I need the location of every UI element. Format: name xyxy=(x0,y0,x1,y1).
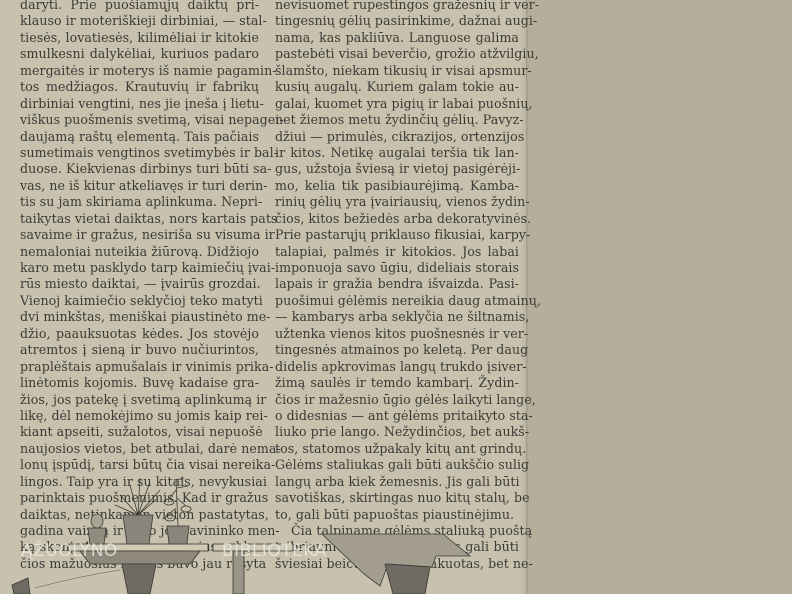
text-line: talapiai, palmės ir kitokios. Jos labai xyxy=(275,244,519,260)
text-line: viškus puošmenis svetimą, visai nepagei- xyxy=(20,112,259,128)
text-line: pastebėti visai beverčio, grožio atžvilg… xyxy=(275,46,519,62)
text-line: tos medžiagos. Krautuvių ir fabrikų xyxy=(20,79,259,95)
text-line: taikytas vietai daiktas, nors kartais pa… xyxy=(20,211,259,227)
text-line: džio, paauksuotas kėdes. Jos stovėjo xyxy=(20,326,259,342)
text-line: smulkesni dalykėliai, kuriuos padaro xyxy=(20,46,259,62)
text-line: lapais ir gražia bendra išvaizda. Pasi- xyxy=(275,276,519,292)
text-line: tiesės, lovatiesės, kilimėliai ir kitoki… xyxy=(20,30,259,46)
text-line: Prie pastarųjų priklauso fikusiai, karpy… xyxy=(275,227,519,243)
text-line: mo, kelia tik pasibiaurėjimą. Kamba- xyxy=(275,178,519,194)
text-line: vas, ne iš kitur atkeliavęs ir turi deri… xyxy=(20,178,259,194)
flower-table-illustration xyxy=(0,460,526,594)
text-line: rūs miesto daiktai, — įvairūs grozdai. xyxy=(20,276,259,292)
text-line: linėtomis kojomis. Buvę kadaise gra- xyxy=(20,375,259,391)
text-line: o didesnias — ant gėlėms pritaikyto sta- xyxy=(275,408,519,424)
text-line: ir kitos. Netikę augalai teršia tik lan- xyxy=(275,145,519,161)
text-line: — kambarys arba seklyčia ne šiltnamis, xyxy=(275,309,519,325)
text-line: praplėštais apmušalais ir vinimis prika- xyxy=(20,359,259,375)
text-line: gus, užstoja šviesą ir vietoj pasigėrėji… xyxy=(275,161,519,177)
text-line: užtenka vienos kitos puošnesnės ir ver- xyxy=(275,326,519,342)
text-line: kusių augalų. Kuriem galam tokie au- xyxy=(275,79,519,95)
text-line: čios ir mažesnio ūgio gėlės laikyti lang… xyxy=(275,392,519,408)
text-line: kiant apseiti, sužalotos, visai nepuošė xyxy=(20,424,259,440)
text-line: galai, kuomet yra pigių ir labai puošnių… xyxy=(275,96,519,112)
text-line: tos, statomos užpakaly kitų ant grindų. xyxy=(275,441,519,457)
text-line: net žiemos metu žydinčių gėlių. Pavyz- xyxy=(275,112,519,128)
text-line: mergaitės ir moterys iš namie pagamin- xyxy=(20,63,259,79)
text-line: naujosios vietos, bet atbulai, darė nema… xyxy=(20,441,259,457)
text-line: šlamšto, niekam tikusių ir visai apsmur- xyxy=(275,63,519,79)
text-line: žios, jos patekę į svetimą aplinkumą ir xyxy=(20,392,259,408)
text-line: puošimui gėlėmis nereikia daug atmainų, xyxy=(275,293,519,309)
text-line: klauso ir moteriškieji dirbiniai, — stal… xyxy=(20,13,259,29)
text-line: sumetimais vengtinos svetimybės ir bal- xyxy=(20,145,259,161)
text-line: imponuoja savo ūgiu, dideliais storais xyxy=(275,260,519,276)
text-line: nama, kas pakliūva. Languose galima xyxy=(275,30,519,46)
text-line: tingesnių gėlių pasirinkime, dažnai augi… xyxy=(275,13,519,29)
text-line: tingesnės atmainos po keletą. Per daug xyxy=(275,342,519,358)
text-line: likę, dėl nemokėjimo su jomis kaip rei- xyxy=(20,408,259,424)
scanned-page: daryti. Prie puošiamųjų daiktų pri-klaus… xyxy=(0,0,526,594)
text-line: dvi minkštas, meniškai piaustinėto me- xyxy=(20,309,259,325)
watermark-right: BIBLIOTEKA xyxy=(222,541,327,561)
text-line: nemaloniai nuteikia žiūrovą. Didžiojo xyxy=(20,244,259,260)
watermark-left: ĄŽUOLYNO xyxy=(21,541,118,561)
text-line: savaime ir gražus, nesiriša su visuma ir xyxy=(20,227,259,243)
text-line: daujamą raštų elementą. Tais pačiais xyxy=(20,129,259,145)
text-line: Vienoj kaimiečio seklyčioj teko matyti xyxy=(20,293,259,309)
text-line: duose. Kiekvienas dirbinys turi būti sa- xyxy=(20,161,259,177)
text-line: karo metu pasklydo tarp kaimiečių įvai- xyxy=(20,260,259,276)
text-line: džiui — primulės, cikrazijos, ortenzijos xyxy=(275,129,519,145)
text-line: nevisuomet rūpestingos gražesnių ir ver- xyxy=(275,0,519,13)
text-line: liuko prie lango. Nežydinčios, bet aukš- xyxy=(275,424,519,440)
text-line: žimą saulės ir temdo kambarį. Žydin- xyxy=(275,375,519,391)
text-line: dirbiniai vengtini, nes jie įneša į liet… xyxy=(20,96,259,112)
text-line: tis su jam skiriama aplinkuma. Nepri- xyxy=(20,194,259,210)
text-line: rinių gėlių yra įvairiausių, vienos žydi… xyxy=(275,194,519,210)
text-line: atremtos į sieną ir buvo nučiurintos, xyxy=(20,342,259,358)
text-line: didelis apkrovimas langų trukdo įsiver- xyxy=(275,359,519,375)
text-line: čios, kitos bežiedės arba dekoratyvinės. xyxy=(275,211,519,227)
text-line: daryti. Prie puošiamųjų daiktų pri- xyxy=(20,0,259,13)
